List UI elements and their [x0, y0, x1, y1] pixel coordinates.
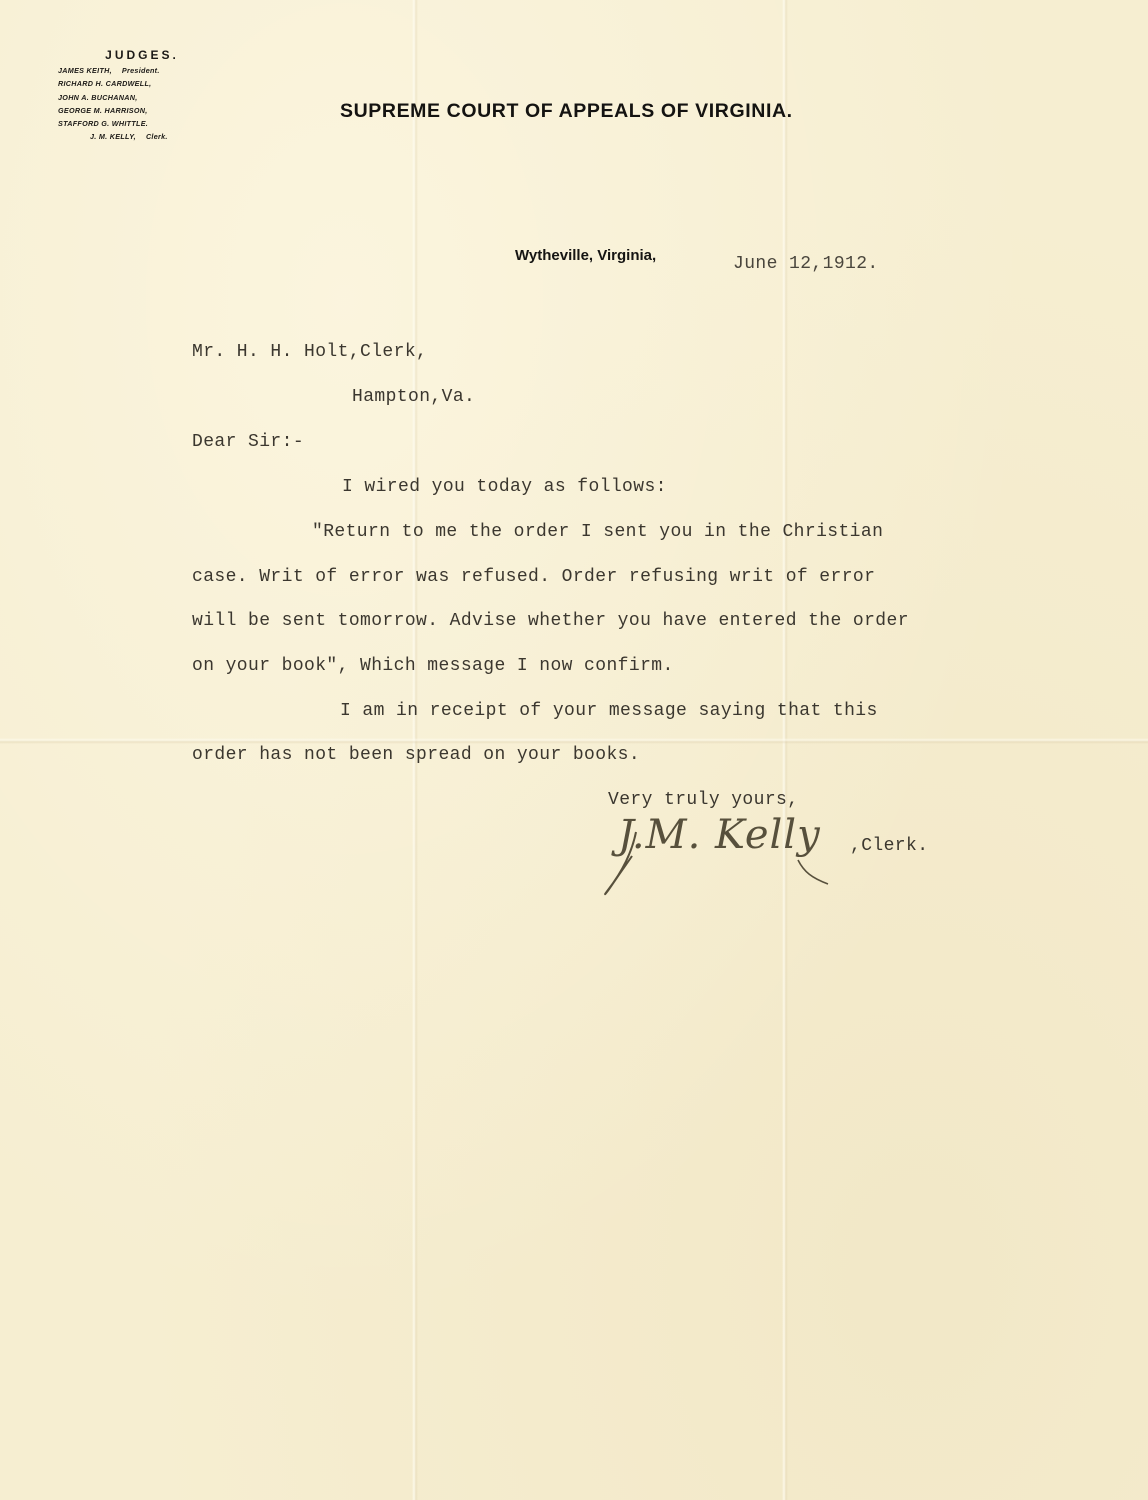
- clerk-entry: J. M. KELLY,Clerk.: [58, 130, 218, 143]
- clerk-name: J. M. KELLY,: [90, 132, 136, 141]
- court-name-heading: SUPREME COURT OF APPEALS OF VIRGINIA.: [340, 100, 793, 123]
- letter-paper: JUDGES. JAMES KEITH,President. RICHARD H…: [0, 0, 1148, 1500]
- judge-name: RICHARD H. CARDWELL,: [58, 79, 151, 88]
- recipient-location: Hampton,Va.: [352, 387, 475, 407]
- judges-list: JUDGES. JAMES KEITH,President. RICHARD H…: [58, 48, 218, 144]
- judge-entry: JAMES KEITH,President.: [58, 64, 218, 77]
- body-paragraph-2-line: order has not been spread on your books.: [192, 745, 640, 765]
- quoted-telegram-line: case. Writ of error was refused. Order r…: [192, 567, 875, 587]
- closing: Very truly yours,: [608, 790, 798, 810]
- judge-name: STAFFORD G. WHITTLE.: [58, 119, 148, 128]
- body-paragraph-2-line: I am in receipt of your message saying t…: [340, 701, 878, 721]
- letter-date: June 12,1912.: [733, 254, 879, 274]
- quoted-telegram-line: will be sent tomorrow. Advise whether yo…: [192, 611, 909, 631]
- judge-entry: GEORGE M. HARRISON,: [58, 104, 218, 117]
- judge-entry: JOHN A. BUCHANAN,: [58, 91, 218, 104]
- clerk-role: Clerk.: [146, 132, 168, 141]
- recipient-name: Mr. H. H. Holt,Clerk,: [192, 342, 427, 362]
- judge-name: JOHN A. BUCHANAN,: [58, 93, 138, 102]
- judges-heading: JUDGES.: [58, 48, 218, 62]
- quoted-telegram-line: on your book", Which message I now confi…: [192, 656, 674, 676]
- signature-text: J.M. Kelly: [618, 812, 821, 858]
- body-paragraph-1: I wired you today as follows:: [342, 477, 667, 497]
- signer-title: ,Clerk.: [850, 836, 928, 856]
- judge-entry: RICHARD H. CARDWELL,: [58, 77, 218, 90]
- judge-name: JAMES KEITH,: [58, 66, 112, 75]
- vertical-fold-right: [782, 0, 788, 1500]
- judge-role: President.: [122, 66, 160, 75]
- salutation: Dear Sir:-: [192, 432, 304, 452]
- judge-entry: STAFFORD G. WHITTLE.: [58, 117, 218, 130]
- letterhead-place: Wytheville, Virginia,: [515, 247, 656, 264]
- judge-name: GEORGE M. HARRISON,: [58, 106, 148, 115]
- quoted-telegram-line: "Return to me the order I sent you in th…: [312, 522, 883, 542]
- horizontal-fold: [0, 738, 1148, 744]
- handwritten-signature: J.M. Kelly: [598, 812, 848, 902]
